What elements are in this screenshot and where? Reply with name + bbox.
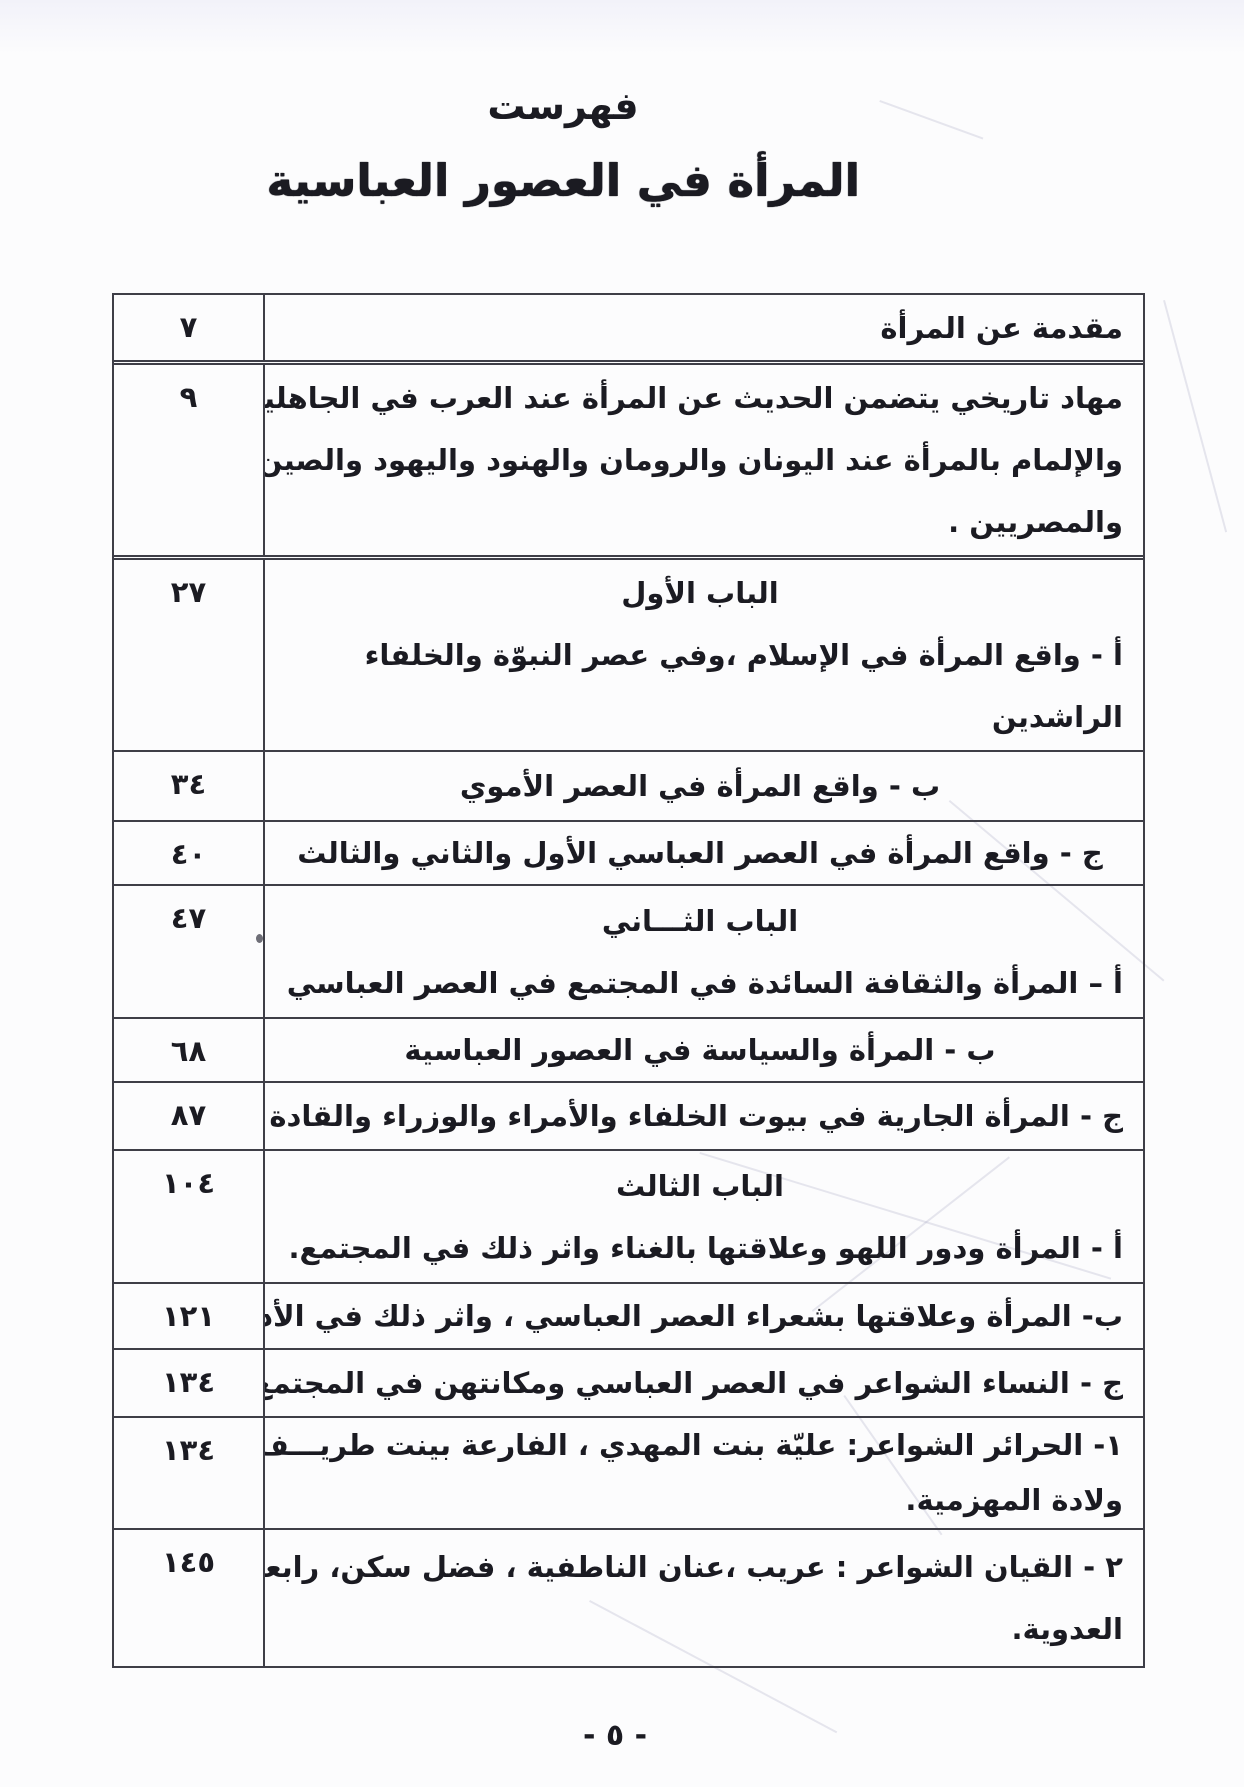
page-number: ١٣٤ <box>162 1352 215 1412</box>
toc-entry-line: مقدمة عن المرأة <box>277 297 1123 359</box>
toc-entry-line: ولادة المهزمية. <box>277 1473 1123 1528</box>
toc-entry-line: ٢ - القيان الشواعر : عريب ،عنان الناطفية… <box>277 1536 1123 1598</box>
toc-entry-line: ١- الحرائر الشواعر: عليّة بنت المهدي ، ا… <box>277 1418 1123 1473</box>
toc-entry-line: مهاد تاريخي يتضمن الحديث عن المرأة عند ا… <box>277 367 1123 429</box>
toc-entry-cell: الباب الثـــاني أ – المرأة والثقافة السا… <box>265 886 1143 1017</box>
toc-entry-line: ب - المرأة والسياسة في العصور العباسية <box>277 1019 1123 1081</box>
chapter-heading-line: الباب الأول <box>277 562 1123 624</box>
page-number-cell: ٨٧ <box>114 1083 265 1149</box>
book-title: المرأة في العصور العباسية <box>0 154 1126 207</box>
page-footer-number: - ٥ - <box>0 1718 1230 1753</box>
toc-entry-cell: ج - المرأة الجارية في بيوت الخلفاء والأم… <box>265 1083 1143 1149</box>
page-number-cell: ١٣٤ <box>114 1418 265 1528</box>
page-number: ٦٨ <box>171 1021 206 1081</box>
toc-row: ٩ مهاد تاريخي يتضمن الحديث عن المرأة عند… <box>114 360 1143 555</box>
page-number-cell: ٧ <box>114 295 265 360</box>
toc-row: ١٣٤ ١- الحرائر الشواعر: عليّة بنت المهدي… <box>114 1416 1143 1528</box>
chapter-heading-line: الباب الثـــاني <box>277 890 1123 952</box>
toc-entry-line: ب- المرأة وعلاقتها بشعراء العصر العباسي … <box>277 1285 1123 1347</box>
toc-entry-line: أ - المرأة ودور اللهو وعلاقتها بالغناء و… <box>277 1217 1123 1279</box>
toc-row: ٤٧ الباب الثـــاني أ – المرأة والثقافة ا… <box>114 884 1143 1017</box>
chapter-heading-line: الباب الثالث <box>277 1155 1123 1217</box>
page-number-cell: ١٤٥ <box>114 1530 265 1666</box>
page-number: ٧ <box>180 297 198 357</box>
toc-entry-line: والمصريين . <box>277 491 1123 553</box>
scanned-toc-page: فهرست المرأة في العصور العباسية ٧ مقدمة … <box>0 0 1244 1787</box>
toc-entry-cell: ب- المرأة وعلاقتها بشعراء العصر العباسي … <box>265 1284 1143 1348</box>
toc-row: ٦٨ ب - المرأة والسياسة في العصور العباسي… <box>114 1017 1143 1081</box>
page-number: ١٠٤ <box>162 1153 215 1213</box>
page-number-cell: ١٠٤ <box>114 1151 265 1282</box>
toc-entry-line: العدوية. <box>277 1598 1123 1660</box>
toc-row: ١٣٤ ج - النساء الشواعر في العصر العباسي … <box>114 1348 1143 1416</box>
toc-row: ٤٠ ج - واقع المرأة في العصر العباسي الأو… <box>114 820 1143 884</box>
page-number-cell: ٤٧ <box>114 886 265 1017</box>
toc-row: ١٤٥ ٢ - القيان الشواعر : عريب ،عنان النا… <box>114 1528 1143 1666</box>
toc-entry-cell: ٢ - القيان الشواعر : عريب ،عنان الناطفية… <box>265 1530 1143 1666</box>
toc-row: ٢٧ الباب الأول أ - واقع المرأة في الإسلا… <box>114 555 1143 750</box>
page-number-cell: ١٣٤ <box>114 1350 265 1416</box>
toc-entry-line: الراشدين <box>277 686 1123 748</box>
toc-row: ٧ مقدمة عن المرأة <box>114 295 1143 360</box>
toc-row: ١٠٤ الباب الثالث أ - المرأة ودور اللهو و… <box>114 1149 1143 1282</box>
toc-entry-cell: مقدمة عن المرأة <box>265 295 1143 360</box>
crease-artifact <box>1163 300 1227 532</box>
toc-entry-cell: ب - واقع المرأة في العصر الأموي <box>265 752 1143 820</box>
page-number-cell: ٤٠ <box>114 822 265 884</box>
toc-entry-line: ب - واقع المرأة في العصر الأموي <box>277 755 1123 817</box>
scan-edge-artifact <box>0 0 1244 55</box>
toc-row: ٣٤ ب - واقع المرأة في العصر الأموي <box>114 750 1143 820</box>
toc-entry-cell: الباب الثالث أ - المرأة ودور اللهو وعلاق… <box>265 1151 1143 1282</box>
toc-entry-cell: الباب الأول أ - واقع المرأة في الإسلام ،… <box>265 560 1143 750</box>
toc-entry-line: أ - واقع المرأة في الإسلام ،وفي عصر النب… <box>277 624 1123 686</box>
toc-entry-cell: ١- الحرائر الشواعر: عليّة بنت المهدي ، ا… <box>265 1418 1143 1528</box>
page-number-cell: ٦٨ <box>114 1019 265 1081</box>
toc-entry-line: ج - المرأة الجارية في بيوت الخلفاء والأم… <box>277 1085 1123 1147</box>
toc-entry-cell: ج - واقع المرأة في العصر العباسي الأول و… <box>265 822 1143 884</box>
page-number: ١٣٤ <box>162 1420 215 1480</box>
toc-row: ١٢١ ب- المرأة وعلاقتها بشعراء العصر العب… <box>114 1282 1143 1348</box>
page-number: ٩ <box>180 367 198 427</box>
toc-entry-cell: ب - المرأة والسياسة في العصور العباسية <box>265 1019 1143 1081</box>
page-number: ١٢١ <box>162 1286 215 1346</box>
toc-entry-line: ج - النساء الشواعر في العصر العباسي ومكا… <box>277 1352 1123 1414</box>
toc-entry-line: والإلمام بالمرأة عند اليونان والرومان وا… <box>277 429 1123 491</box>
contents-heading: فهرست <box>0 84 1126 128</box>
toc-entry-line: أ – المرأة والثقافة السائدة في المجتمع ف… <box>277 952 1123 1014</box>
page-number: ٨٧ <box>171 1085 206 1145</box>
page-number: ٤٧ <box>171 888 206 948</box>
page-number-cell: ١٢١ <box>114 1284 265 1348</box>
toc-table: ٧ مقدمة عن المرأة ٩ مهاد تاريخي يتضمن ال… <box>112 293 1145 1668</box>
page-number-cell: ٢٧ <box>114 560 265 750</box>
toc-entry-cell: مهاد تاريخي يتضمن الحديث عن المرأة عند ا… <box>265 365 1143 555</box>
toc-entry-cell: ج - النساء الشواعر في العصر العباسي ومكا… <box>265 1350 1143 1416</box>
page-number: ٤٠ <box>171 824 206 884</box>
page-number: ٣٤ <box>171 754 206 814</box>
toc-row: ٨٧ ج - المرأة الجارية في بيوت الخلفاء وا… <box>114 1081 1143 1149</box>
page-number-cell: ٣٤ <box>114 752 265 820</box>
toc-entry-line: ج - واقع المرأة في العصر العباسي الأول و… <box>277 822 1123 884</box>
page-number: ١٤٥ <box>162 1532 215 1592</box>
page-number: ٢٧ <box>171 562 206 622</box>
page-number-cell: ٩ <box>114 365 265 555</box>
